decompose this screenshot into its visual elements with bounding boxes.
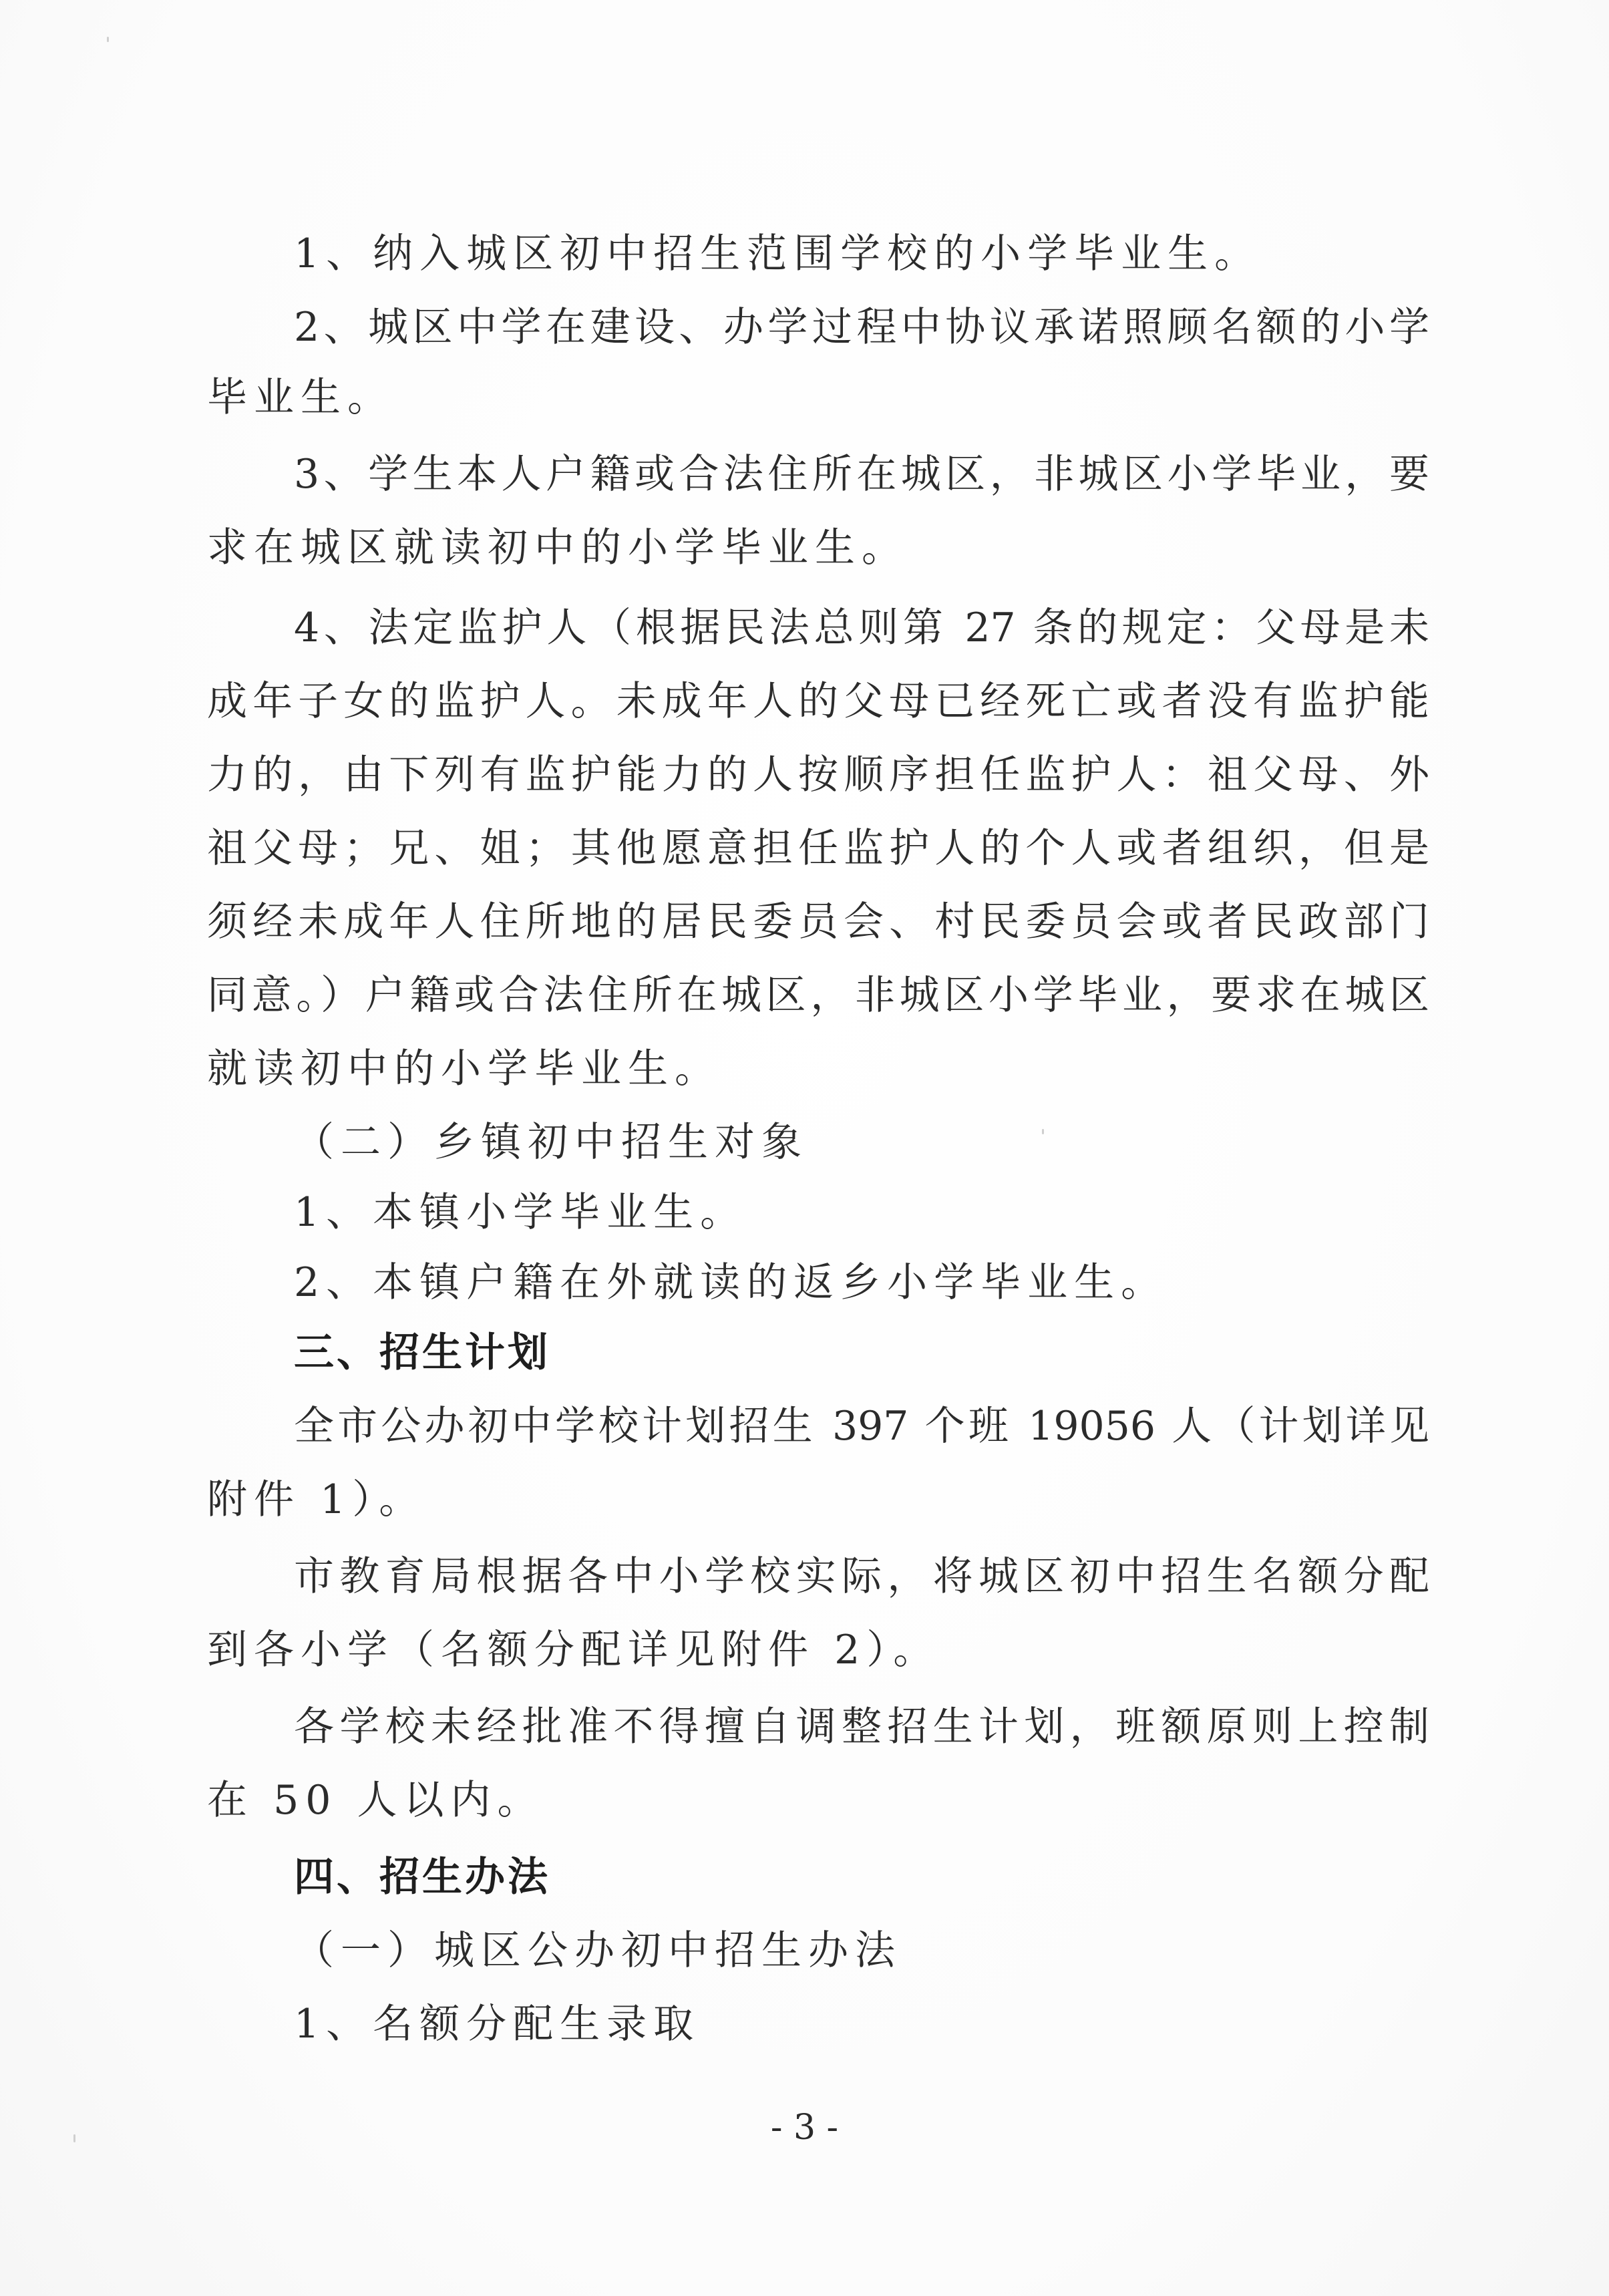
text-line: 祖父母；兄、姐；其他愿意担任监护人的个人或者组织，但是 <box>207 822 1429 875</box>
text-line: 4、法定监护人（根据民法总则第 27 条的规定：父母是未 <box>294 601 1429 655</box>
text-line: 在 50 人以内。 <box>207 1774 1429 1827</box>
text-line: 全市公办初中学校计划招生 397 个班 19056 人（计划详见 <box>294 1400 1429 1453</box>
text-line: 成年子女的监护人。未成年人的父母已经死亡或者没有监护能 <box>207 675 1429 728</box>
subsection-heading: （二）乡镇初中招生对象 <box>294 1116 1429 1169</box>
page-number: - 3 - <box>0 2104 1609 2151</box>
scan-speck <box>107 37 109 42</box>
text-line: 各学校未经批准不得擅自调整招生计划，班额原则上控制 <box>294 1700 1429 1754</box>
text-line: 求在城区就读初中的小学毕业生。 <box>207 521 1429 575</box>
scanned-page: 1、纳入城区初中招生范围学校的小学毕业生。 2、城区中学在建设、办学过程中协议承… <box>0 0 1609 2296</box>
text-line: 须经未成年人住所地的居民委员会、村民委员会或者民政部门 <box>207 895 1429 949</box>
text-line: 市教育局根据各中小学校实际，将城区初中招生名额分配 <box>294 1550 1429 1603</box>
text-line: 附件 1）。 <box>207 1473 1429 1526</box>
text-line: 2、本镇户籍在外就读的返乡小学毕业生。 <box>294 1256 1429 1309</box>
section-heading: 四、招生办法 <box>294 1850 1429 1904</box>
text-line: 1、本镇小学毕业生。 <box>294 1186 1429 1239</box>
text-line: 3、学生本人户籍或合法住所在城区，非城区小学毕业，要 <box>294 448 1429 501</box>
subsection-heading: （一）城区公办初中招生办法 <box>294 1924 1429 1977</box>
text-line: 2、城区中学在建设、办学过程中协议承诺照顾名额的小学 <box>294 301 1429 354</box>
text-line: 1、名额分配生录取 <box>294 1997 1429 2051</box>
text-line: 就读初中的小学毕业生。 <box>207 1042 1429 1096</box>
text-line: 到各小学（名额分配详见附件 2）。 <box>207 1623 1429 1677</box>
text-line: 力的，由下列有监护能力的人按顺序担任监护人：祖父母、外 <box>207 748 1429 802</box>
text-line: 毕业生。 <box>207 371 1429 424</box>
text-line: 同意。）户籍或合法住所在城区，非城区小学毕业，要求在城区 <box>207 969 1429 1022</box>
text-line: 1、纳入城区初中招生范围学校的小学毕业生。 <box>294 227 1429 281</box>
section-heading: 三、招生计划 <box>294 1326 1429 1379</box>
